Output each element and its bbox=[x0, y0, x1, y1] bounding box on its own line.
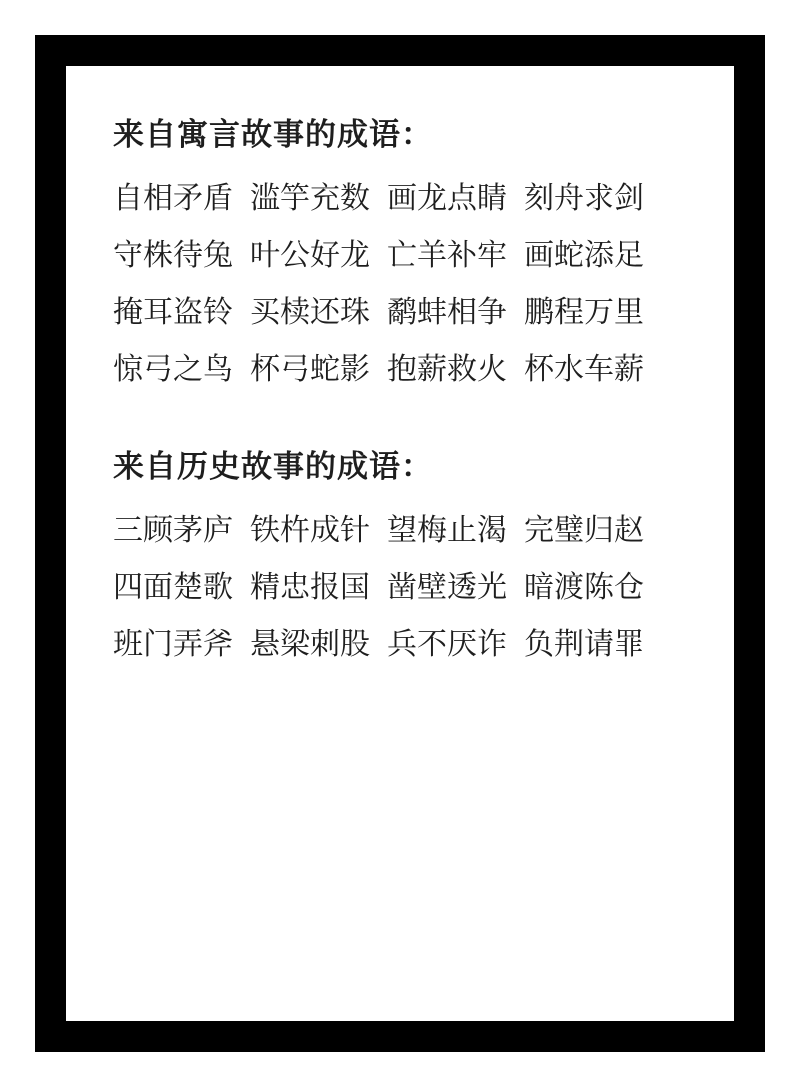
idiom: 杯水车薪 bbox=[524, 341, 644, 398]
idiom: 亡羊补牢 bbox=[387, 227, 507, 284]
idiom: 三顾茅庐 bbox=[113, 502, 233, 559]
idiom: 暗渡陈仓 bbox=[524, 559, 644, 616]
section-title-history: 来自历史故事的成语： bbox=[113, 438, 714, 495]
idiom: 完璧归赵 bbox=[524, 502, 644, 559]
content-area: 来自寓言故事的成语： 自相矛盾 滥竽充数 画龙点睛 刻舟求剑 守株待兔 叶公好龙… bbox=[66, 66, 734, 673]
idiom: 惊弓之鸟 bbox=[113, 341, 233, 398]
section-title-fable: 来自寓言故事的成语： bbox=[113, 106, 714, 163]
idiom-row: 三顾茅庐 铁杵成针 望梅止渴 完璧归赵 bbox=[113, 502, 714, 559]
poster-frame: 来自寓言故事的成语： 自相矛盾 滥竽充数 画龙点睛 刻舟求剑 守株待兔 叶公好龙… bbox=[35, 35, 765, 1052]
idiom: 班门弄斧 bbox=[113, 616, 233, 673]
idiom: 铁杵成针 bbox=[250, 502, 370, 559]
idiom: 画龙点睛 bbox=[387, 170, 507, 227]
idiom: 凿壁透光 bbox=[387, 559, 507, 616]
idiom: 悬梁刺股 bbox=[250, 616, 370, 673]
idiom-row: 四面楚歌 精忠报国 凿壁透光 暗渡陈仓 bbox=[113, 559, 714, 616]
idiom: 抱薪救火 bbox=[387, 341, 507, 398]
idiom-row: 掩耳盗铃 买椟还珠 鹬蚌相争 鹏程万里 bbox=[113, 284, 714, 341]
idiom: 守株待兔 bbox=[113, 227, 233, 284]
idiom: 叶公好龙 bbox=[250, 227, 370, 284]
idiom: 杯弓蛇影 bbox=[250, 341, 370, 398]
idiom-row: 班门弄斧 悬梁刺股 兵不厌诈 负荆请罪 bbox=[113, 616, 714, 673]
idiom: 掩耳盗铃 bbox=[113, 284, 233, 341]
idiom: 买椟还珠 bbox=[250, 284, 370, 341]
idiom-row: 守株待兔 叶公好龙 亡羊补牢 画蛇添足 bbox=[113, 227, 714, 284]
idiom: 鹬蚌相争 bbox=[387, 284, 507, 341]
idiom: 滥竽充数 bbox=[250, 170, 370, 227]
idiom: 精忠报国 bbox=[250, 559, 370, 616]
idiom: 鹏程万里 bbox=[524, 284, 644, 341]
idiom: 自相矛盾 bbox=[113, 170, 233, 227]
idiom-row: 惊弓之鸟 杯弓蛇影 抱薪救火 杯水车薪 bbox=[113, 341, 714, 398]
idiom: 画蛇添足 bbox=[524, 227, 644, 284]
idiom: 望梅止渴 bbox=[387, 502, 507, 559]
idiom-row: 自相矛盾 滥竽充数 画龙点睛 刻舟求剑 bbox=[113, 170, 714, 227]
section-history-idioms: 来自历史故事的成语： 三顾茅庐 铁杵成针 望梅止渴 完璧归赵 四面楚歌 精忠报国… bbox=[113, 438, 714, 673]
idiom: 兵不厌诈 bbox=[387, 616, 507, 673]
section-fable-idioms: 来自寓言故事的成语： 自相矛盾 滥竽充数 画龙点睛 刻舟求剑 守株待兔 叶公好龙… bbox=[113, 106, 714, 398]
page: { "page": { "background_color": "#ffffff… bbox=[0, 0, 800, 1089]
idiom: 负荆请罪 bbox=[524, 616, 644, 673]
idiom: 刻舟求剑 bbox=[524, 170, 644, 227]
idiom: 四面楚歌 bbox=[113, 559, 233, 616]
